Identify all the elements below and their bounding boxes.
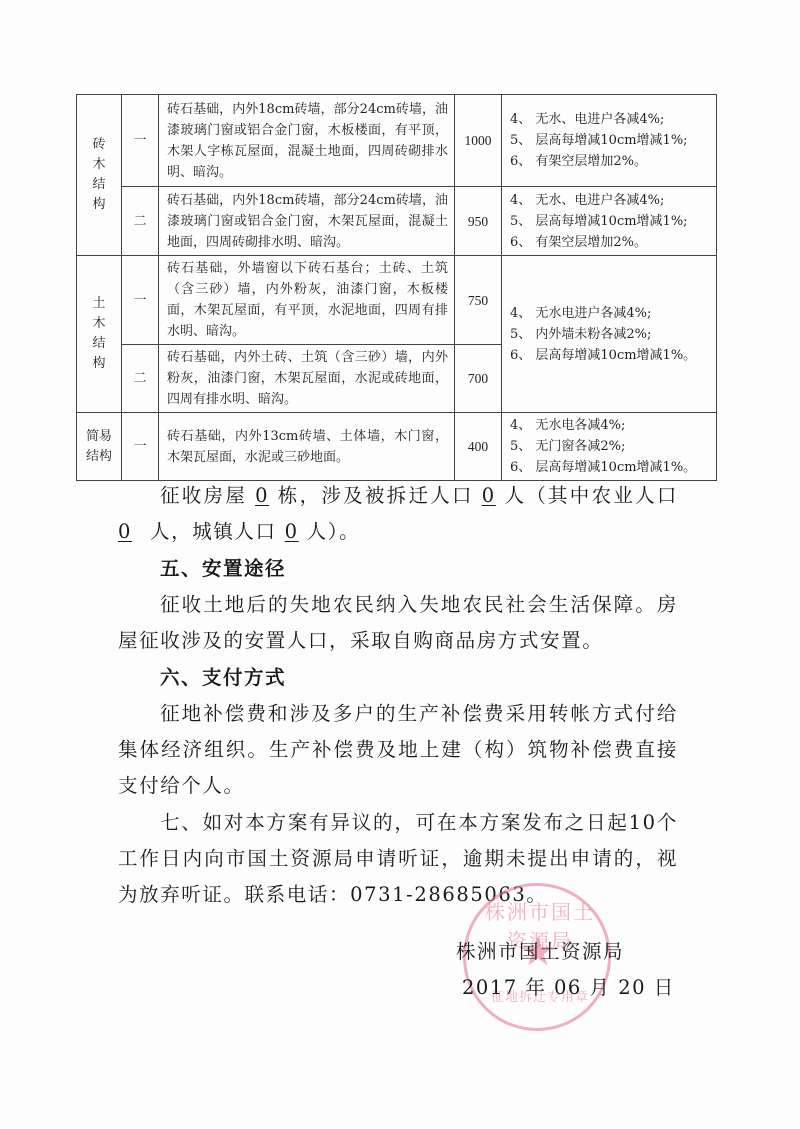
agri-count: 0	[118, 520, 150, 543]
grade-cell: 一	[122, 413, 159, 481]
description-cell: 砖石基础，内外18cm砖墙，部分24cm砖墙，油漆玻璃门窗或铝合金门窗，木架瓦屋…	[159, 187, 455, 256]
description-cell: 砖石基础，内外土砖、土筑（含三砂）墙，内外粉灰，油漆门窗，木架瓦屋面，水泥或砖地…	[159, 345, 455, 413]
grade-cell: 一	[122, 256, 159, 345]
price-cell: 750	[455, 256, 502, 345]
price-cell: 1000	[455, 95, 502, 187]
urban-count: 0	[277, 520, 307, 543]
category-cell: 简易 结构	[77, 413, 122, 481]
relocation-summary: 征收房屋0栋，涉及被拆迁人口0人（其中农业人口0人，城镇人口0人）。	[118, 478, 678, 550]
section6-text: 征地补偿费和涉及多户的生产补偿费采用转帐方式付给集体经济组织。生产补偿费及地上建…	[118, 696, 678, 804]
category-cell: 砖 木 结 构	[77, 95, 122, 256]
table-row: 简易 结构 一 砖石基础，内外13cm砖墙、土体墙，木门窗，木架瓦屋面，水泥或三…	[77, 413, 717, 481]
table-row: 砖 木 结 构 一 砖石基础，内外18cm砖墙，部分24cm砖墙，油漆玻璃门窗或…	[77, 95, 717, 187]
section5-text: 征收土地后的失地农民纳入失地农民社会生活保障。房屋征收涉及的安置人口，采取自购商…	[118, 587, 678, 659]
grade-cell: 二	[122, 187, 159, 256]
notes-cell: 4、 无水、电进户各减4%; 5、 层高每增减10cm增减1%; 6、 有架空层…	[502, 187, 717, 256]
grade-cell: 二	[122, 345, 159, 413]
signature-date: 2017 年 06 月 20 日	[462, 970, 675, 1006]
description-cell: 砖石基础，外墙窗以下砖石基台；土砖、土筑（含三砂）墙，内外粉灰，油漆门窗，木板楼…	[159, 256, 455, 345]
section6-heading: 六、支付方式	[160, 660, 286, 696]
notes-cell: 4、 无水电各减4%; 5、 无门窗各减2%; 6、 层高每增减10cm增减1%…	[502, 413, 717, 481]
price-cell: 700	[455, 345, 502, 413]
houses-count: 0	[247, 484, 277, 507]
price-cell: 400	[455, 413, 502, 481]
section5-heading: 五、安置途径	[160, 551, 286, 587]
house-compensation-table: 砖 木 结 构 一 砖石基础，内外18cm砖墙，部分24cm砖墙，油漆玻璃门窗或…	[76, 94, 717, 481]
notes-cell: 4、 无水电进户各减4%; 5、 内外墙未粉各减2%; 6、 层高每增减10cm…	[502, 256, 717, 413]
table-row: 二 砖石基础，内外18cm砖墙，部分24cm砖墙，油漆玻璃门窗或铝合金门窗，木架…	[77, 187, 717, 256]
price-cell: 950	[455, 187, 502, 256]
description-cell: 砖石基础，内外13cm砖墙、土体墙，木门窗，木架瓦屋面，水泥或三砂地面。	[159, 413, 455, 481]
table-row: 土 木 结 构 一 砖石基础，外墙窗以下砖石基台；土砖、土筑（含三砂）墙，内外粉…	[77, 256, 717, 345]
grade-cell: 一	[122, 95, 159, 187]
people-count: 0	[474, 484, 504, 507]
description-cell: 砖石基础，内外18cm砖墙，部分24cm砖墙，油漆玻璃门窗或铝合金门窗，木板楼面…	[159, 95, 455, 187]
category-cell: 土 木 结 构	[77, 256, 122, 413]
signature-org: 株洲市国土资源局	[456, 934, 624, 970]
notes-cell: 4、 无水、电进户各减4%; 5、 层高每增减10cm增减1%; 6、 有架空层…	[502, 95, 717, 187]
